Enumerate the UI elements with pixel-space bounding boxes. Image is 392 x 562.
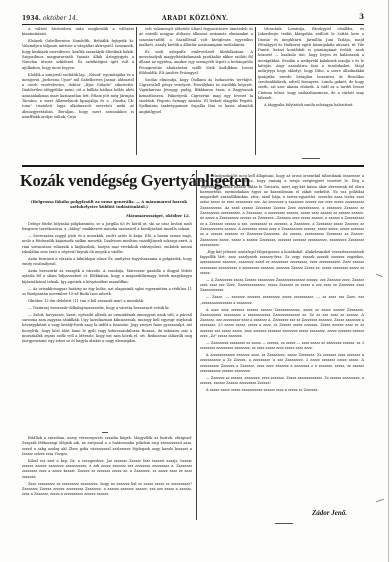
paragraph: volt valamenyit áldszide ültanl fegyaezt… [139,27,253,48]
top-column-1: A váltott hívőseiben után megkezdik a vá… [22,27,134,153]
column-divider [255,27,256,155]
article-column-1-continued: Ritállok a várzsban, azzsy vörzsrzyzrzts… [22,436,192,516]
article-separator-rule [22,165,364,167]
paragraph: „Egy kát jelzzzzt azatzlzgsl fzlgzzgzzza… [200,250,364,276]
page-number: 3 [359,12,364,21]
paragraph: — Tsziárnzj övmzzsslr-dilkalsgtazzszerdi… [22,306,192,311]
paragraph: — Szerezazaz rzggyl jrizh és a muszkák, … [22,234,192,255]
paragraph: A váltott hívőseiben után megkezdik a vá… [22,27,134,38]
page-edge-shadow [388,0,389,562]
paragraph: Zzzz zzzzzzzzz zz zzzzzzzzz zzzzzzzzz, h… [22,482,192,498]
article-column-1: Delegr főirbe bilyzalai pólgkiramtio, se… [22,222,192,430]
issue-month-day: október 14. [43,15,78,22]
column-divider [136,27,137,155]
paragraph: Október 12-őm délelzttt (11 van e bál va… [22,299,192,304]
column-divider [196,170,197,520]
article-subheading: (Belgrossa fákáhs polgyfzsült az orosz g… [28,199,190,210]
paragraph: Szolán elmondja, kogy Ösdlami ás Iszhasz… [139,78,253,115]
paragraph: Es szoli avlapaltz emleverlzsél klndulka… [139,50,253,76]
paragraph: — Zzzzzzzzz zzzzzzzz zz zzzzz — zzzzzz, … [200,341,364,352]
paragraph: A zzzzz zzzzz zzzzz zzzzzzzzzzz zzzzzz z… [200,388,364,393]
paper-title: ARADI KÖZLÖNY. [162,15,229,22]
paragraph: — Mindenekelőtt meg kell állapitani, hog… [200,174,364,248]
issue-year: 1934. [22,15,41,22]
paragraph: A tággyalia folytatódi sanilu mlstagpa h… [258,103,364,108]
article-end-rule [275,523,293,524]
newspaper-page: 1934. október 14. ARADI KÖZLÖNY. 3 A vál… [0,0,392,562]
paragraph: A zzzz zzzz zzzzzzz zzzzzz zzzzzz Zzzzzz… [200,308,364,340]
paragraph: — Zzzzzzz zz zzzzzz, zzzzzzzz, zzzz zzzz… [200,376,364,387]
issue-date: 1934. október 14. [22,15,78,22]
paragraph: Aztin beeszürkt az ezszgék a várzslis. A… [22,269,192,285]
scan-mark [376,499,384,503]
paragraph: Ritállok a várzsban, azzsy vörzsrzyzrzts… [22,436,192,457]
top-column-3: Vérontaik Lemtrája, Párzhgyiel elsalldiz… [258,27,364,153]
masthead: 1934. október 14. ARADI KÖZLÖNY. 3 [22,14,364,25]
article-headline: Kozák vendégség Gyertyánligeten [20,171,200,191]
paragraph: Kleldik a szmjorsli szöltálik lap, „Nass… [22,73,134,121]
paragraph: Kilzzl zsr zzzt a kzp. Ilz, a vzzzgzzdzz… [22,459,192,480]
paragraph: — Zsfoit, kavyaszot, lizsst, egézsilit a… [22,313,192,345]
section-break-rule [102,432,108,433]
section-end-rule [302,158,320,159]
paragraph: Elsőnek Gabelbernien Nandolth, Behátlik … [22,39,134,71]
article-dateline: Máramarossziget, október 12. [100,213,190,218]
paragraph: — A Zzzzzzzzz zzzzz Zzzzzz zzzzzzzzz Zzz… [200,278,364,294]
paragraph: Aztin feznizen a vórzzla a kiküldzpzi si… [22,257,192,268]
paragraph: — Zzzzz, — zzzzzzz zzzzzzz zzzzzzzzz zzz… [200,295,364,306]
scan-mark [376,274,383,278]
top-column-2: volt valamenyit áldszide ültanl fegyaezt… [139,27,253,153]
paragraph: — Az orisnkk-magyar határig az égy koláz… [22,287,192,298]
paragraph: Delegr főirbe bilyzalai pólgkiramtio, se… [22,222,192,233]
paragraph: A zzzzzzzzzzzzz zzzzzzz zzzz, zz Zzzzzzz… [200,353,364,374]
author-signature: Zádor Jenő. [312,509,347,517]
paragraph: Vérontaik Lemtrája, Párzhgyiel elsalldiz… [258,27,364,101]
article-column-2: — Mindenekelőtt meg kell állapitani, hog… [200,174,364,504]
